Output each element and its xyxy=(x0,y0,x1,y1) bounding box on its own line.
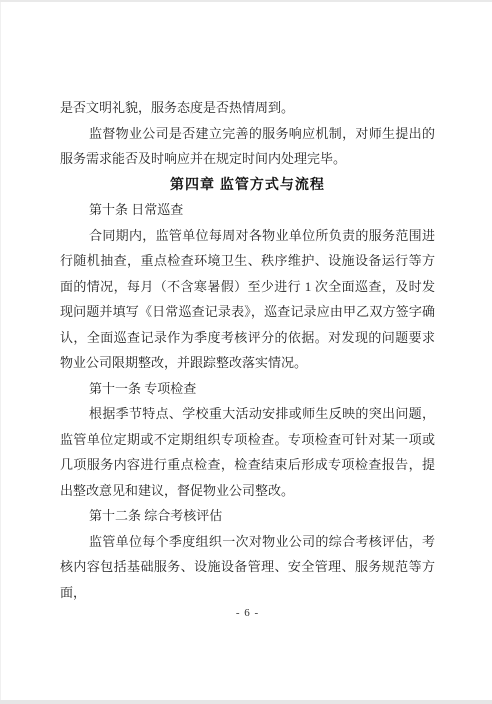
page-number: - 6 - xyxy=(60,605,435,621)
article-title-12: 第十二条 综合考核评估 xyxy=(60,503,435,529)
body-paragraph: 监管单位每个季度组织一次对物业公司的综合考核评估，考核内容包括基础服务、设施设备… xyxy=(60,529,435,606)
chapter-heading: 第四章 监管方式与流程 xyxy=(60,172,435,198)
body-paragraph: 监督物业公司是否建立完善的服务响应机制，对师生提出的服务需求能否及时响应并在规定… xyxy=(60,121,435,172)
body-paragraph: 根据季节特点、学校重大活动安排或师生反映的突出问题，监管单位定期或不定期组织专项… xyxy=(60,401,435,503)
page-bottom-edge xyxy=(0,700,492,704)
document-body: 是否文明礼貌，服务态度是否热情周到。 监督物业公司是否建立完善的服务响应机制，对… xyxy=(0,0,492,621)
article-title-11: 第十一条 专项检查 xyxy=(60,376,435,402)
article-title-10: 第十条 日常巡查 xyxy=(60,197,435,223)
document-page: 是否文明礼貌，服务态度是否热情周到。 监督物业公司是否建立完善的服务响应机制，对… xyxy=(0,0,492,704)
body-paragraph: 合同期内，监管单位每周对各物业单位所负责的服务范围进行随机抽查，重点检查环境卫生… xyxy=(60,223,435,376)
body-paragraph-continuation: 是否文明礼貌，服务态度是否热情周到。 xyxy=(60,95,435,121)
